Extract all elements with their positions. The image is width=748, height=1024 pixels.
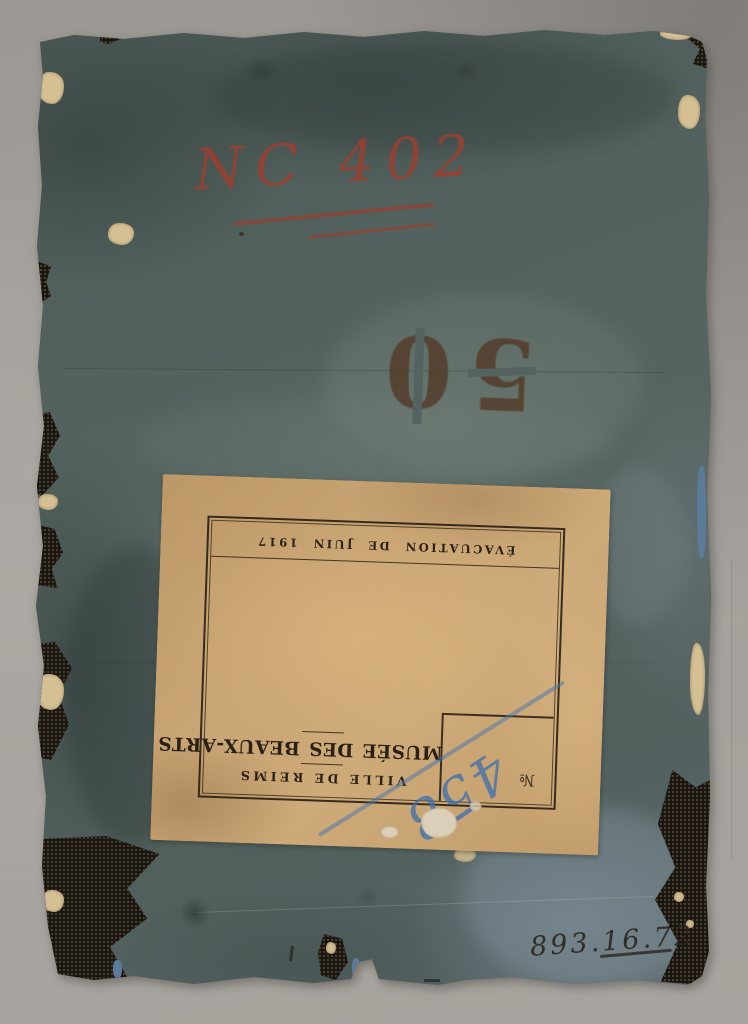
label-damage-chip <box>380 826 398 839</box>
torn-paper-patch <box>655 770 713 986</box>
artwork-backing-board: NC 402 50 № VILLE DE REIMS <box>34 26 712 988</box>
stain <box>180 897 210 929</box>
museum-label-content: № VILLE DE REIMS MUSÉE DES BEAUX-ARTS ÉV… <box>150 474 611 855</box>
backdrop-crease <box>731 560 732 860</box>
crease-line <box>64 368 664 373</box>
torn-paper-patch <box>35 260 51 304</box>
stain <box>354 888 380 906</box>
red-underline <box>233 203 434 226</box>
label-border-frame: № VILLE DE REIMS MUSÉE DES BEAUX-ARTS ÉV… <box>198 516 566 810</box>
pencil-tick <box>289 946 293 961</box>
label-museum-name: MUSÉE DES BEAUX-ARTS <box>203 734 443 763</box>
pencil-tick <box>424 979 440 982</box>
crayon-dot <box>239 232 244 236</box>
paper-chip <box>42 890 64 912</box>
label-damage-chip <box>469 801 481 811</box>
numero-symbol: № <box>519 771 535 791</box>
paper-chip <box>690 643 705 715</box>
blue-paper-chip <box>113 960 122 978</box>
torn-paper-patch <box>100 32 120 44</box>
red-underline <box>308 223 436 239</box>
stain <box>452 64 480 78</box>
blue-paper-chip <box>697 466 706 558</box>
paper-chip <box>38 72 64 104</box>
photograph-backdrop: NC 402 50 № VILLE DE REIMS <box>0 0 748 1024</box>
paper-chip <box>108 223 134 245</box>
torn-paper-patch <box>34 412 60 496</box>
torn-paper-patch <box>318 934 348 980</box>
stain <box>239 60 283 80</box>
label-evacuation-line: ÉVACUATION DE JUIN 1917 <box>211 521 560 569</box>
paper-chip <box>36 674 64 710</box>
torn-paper-patch <box>688 28 712 70</box>
board-surface: NC 402 50 № VILLE DE REIMS <box>34 26 712 988</box>
label-rule <box>303 731 345 733</box>
paper-chip <box>678 95 700 129</box>
blue-paper-chip <box>352 958 360 978</box>
label-rule <box>301 763 343 765</box>
paper-chip <box>326 942 336 954</box>
paper-chip <box>38 494 58 510</box>
torn-paper-patch <box>35 524 63 588</box>
red-inventory-number: NC 402 <box>192 123 481 204</box>
paper-chip <box>674 892 684 902</box>
paper-chip <box>660 26 694 40</box>
museum-label: № VILLE DE REIMS MUSÉE DES BEAUX-ARTS ÉV… <box>150 474 611 855</box>
scratch-line <box>194 896 654 913</box>
